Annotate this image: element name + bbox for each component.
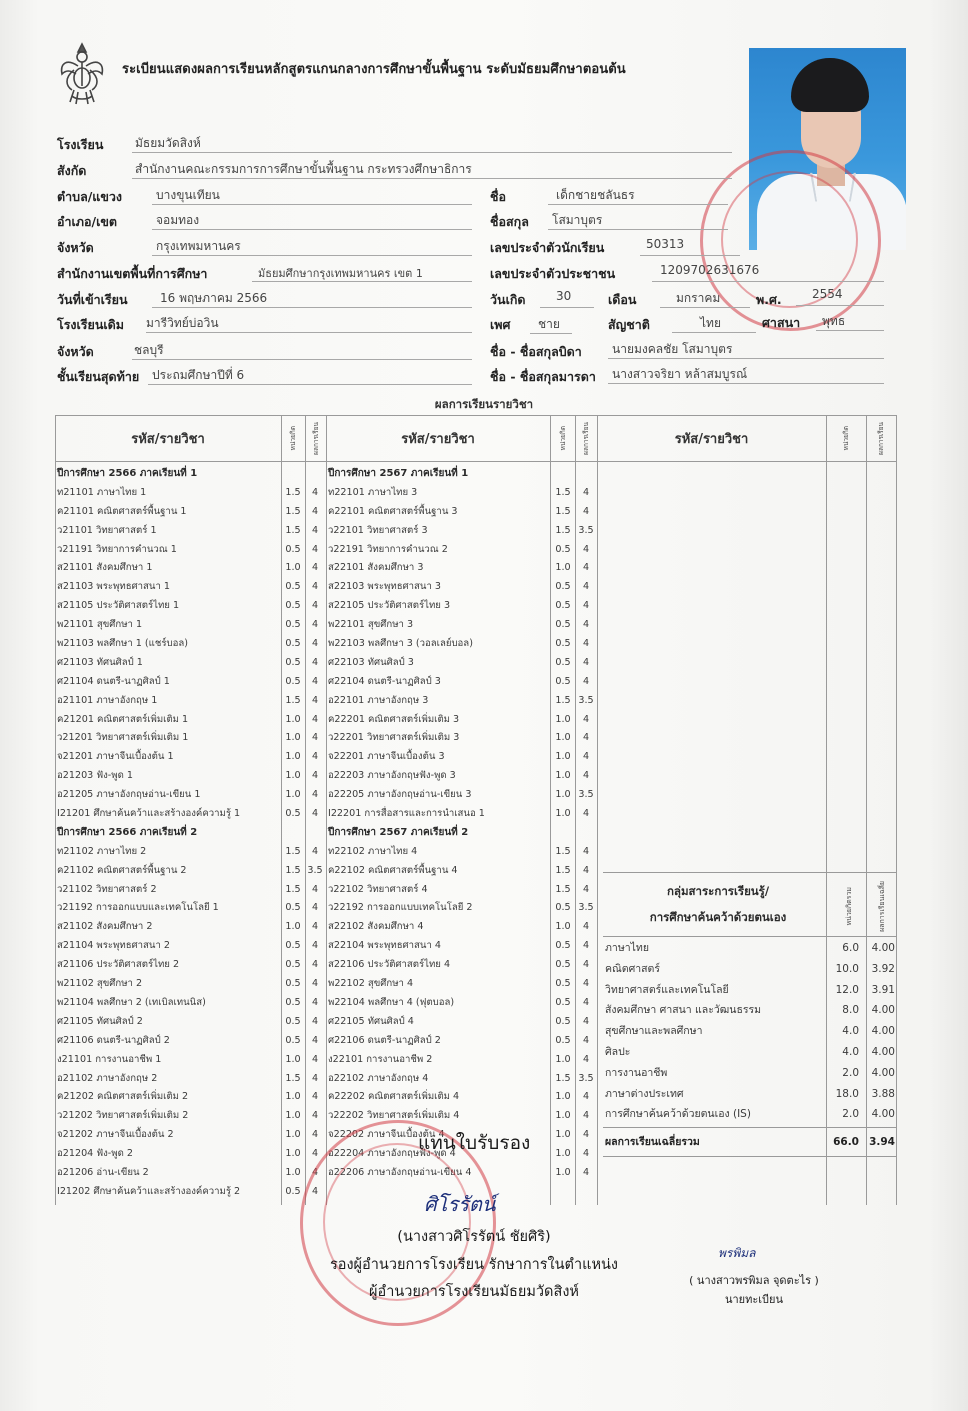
group-average: 3.92 (865, 959, 895, 980)
credit-value: 1.0 (280, 711, 306, 730)
subject-name: ว22102 วิทยาศาสตร์ 4 (328, 881, 428, 900)
credit-value: 0.5 (280, 541, 306, 560)
term-heading: ปีการศึกษา 2566 ภาคเรียนที่ 2 (55, 824, 326, 843)
grade-value: 4 (304, 1126, 326, 1145)
total-label: ผลการเรียนเฉลี่ยรวม (605, 1132, 700, 1153)
group-credit: 12.0 (829, 980, 859, 1001)
birth-year-value: 2554 (812, 287, 843, 301)
subdistrict-label: ตำบล/แขวง (57, 187, 122, 207)
grade-value: 4 (575, 862, 597, 881)
grade-value: 4 (304, 559, 326, 578)
subject-name: ว22191 วิทยาการคำนวณ 2 (328, 541, 448, 560)
summary-row: สังคมศึกษา ศาสนา และวัฒนธรรม8.04.00 (603, 1000, 896, 1021)
credit-value: 1.0 (280, 1126, 306, 1145)
citizen-id-value: 1209702631676 (660, 263, 759, 277)
summary-row: ภาษาต่างประเทศ18.03.88 (603, 1084, 896, 1105)
grade-value: 4 (304, 899, 326, 918)
subject-row: ง21101 การงานอาชีพ 11.04 (55, 1051, 326, 1070)
summary-row: สุขศึกษาและพลศึกษา4.04.00 (603, 1021, 896, 1042)
sex-value: ชาย (538, 315, 560, 334)
term-heading: ปีการศึกษา 2567 ภาคเรียนที่ 2 (326, 824, 597, 843)
name-value: เด็กชายชลันธร (556, 186, 635, 205)
group-average: 4.00 (865, 1042, 895, 1063)
grade-value: 4 (575, 881, 597, 900)
grade-value: 4 (575, 711, 597, 730)
credit-value: 0.5 (550, 1013, 576, 1032)
subject-name: พ22103 พลศึกษา 3 (วอลเลย์บอล) (328, 635, 473, 654)
subject-row: I21202 ศึกษาค้นคว้าและสร้างองค์ความรู้ 2… (55, 1183, 326, 1202)
term-label: ปีการศึกษา 2567 ภาคเรียนที่ 2 (328, 824, 468, 843)
credit-value: 1.5 (550, 1070, 576, 1089)
grade-value: 4 (575, 541, 597, 560)
subject-name: ค22202 คณิตศาสตร์เพิ่มเติม 4 (328, 1088, 459, 1107)
subject-name: ง22101 การงานอาชีพ 2 (328, 1051, 432, 1070)
subject-name: ท21101 ภาษาไทย 1 (57, 484, 146, 503)
prev-province-label: จังหวัด (57, 342, 94, 362)
grade-value: 4 (575, 1164, 597, 1183)
credit-value: 1.0 (280, 918, 306, 937)
subject-name: ว21191 วิทยาการคำนวณ 1 (57, 541, 177, 560)
surname-label: ชื่อสกุล (490, 212, 529, 232)
summary-row: การศึกษาค้นคว้าด้วยตนเอง (IS)2.04.00 (603, 1104, 896, 1125)
subject-name: ค21201 คณิตศาสตร์เพิ่มเติม 1 (57, 711, 188, 730)
credit-value: 1.0 (280, 748, 306, 767)
grade-value: 4 (304, 503, 326, 522)
column3-subject-header: รหัส/รายวิชา (597, 415, 826, 461)
subject-name: ท22101 ภาษาไทย 3 (328, 484, 417, 503)
subject-name: อ22203 ภาษาอังกฤษฟัง-พูด 3 (328, 767, 456, 786)
subject-row: ค22101 คณิตศาสตร์พื้นฐาน 31.54 (326, 503, 597, 522)
subject-row: ส22104 พระพุทธศาสนา 40.54 (326, 937, 597, 956)
prev-school-value: มารีวิทย์บ่อวิน (146, 314, 219, 333)
credit-value: 0.5 (550, 673, 576, 692)
subject-row: ว21192 การออกแบบและเทคโนโลยี 10.54 (55, 899, 326, 918)
subject-row: ศ21106 ดนตรี-นาฏศิลป์ 20.54 (55, 1032, 326, 1051)
subject-row: ท22101 ภาษาไทย 31.54 (326, 484, 597, 503)
subject-name: ค21101 คณิตศาสตร์พื้นฐาน 1 (57, 503, 187, 522)
grade-value: 4 (575, 635, 597, 654)
grade-value: 4 (575, 956, 597, 975)
credit-value: 0.5 (550, 899, 576, 918)
total-average: 3.94 (865, 1132, 895, 1153)
grade-value: 4 (304, 1013, 326, 1032)
subject-row: ค21101 คณิตศาสตร์พื้นฐาน 11.54 (55, 503, 326, 522)
subject-name: พ22104 พลศึกษา 4 (ฟุตบอล) (328, 994, 454, 1013)
group-credit: 8.0 (829, 1000, 859, 1021)
subject-name: ว21192 การออกแบบและเทคโนโลยี 1 (57, 899, 219, 918)
subject-row: ว22201 วิทยาศาสตร์เพิ่มเติม 31.04 (326, 729, 597, 748)
subject-row: ว21201 วิทยาศาสตร์เพิ่มเติม 11.04 (55, 729, 326, 748)
subject-name: ค22201 คณิตศาสตร์เพิ่มเติม 3 (328, 711, 459, 730)
nationality-value: ไทย (700, 314, 721, 333)
area-office-label: สำนักงานเขตพื้นที่การศึกษา (57, 264, 207, 284)
subject-name: I22201 การสื่อสารและการนำเสนอ 1 (328, 805, 485, 824)
credit-value: 1.0 (550, 559, 576, 578)
subject-name: ส21102 สังคมศึกษา 2 (57, 918, 152, 937)
grade-value: 4 (304, 729, 326, 748)
father-label: ชื่อ - ชื่อสกุลบิดา (490, 342, 582, 362)
grade-value: 3.5 (575, 899, 597, 918)
district-value: จอมทอง (156, 211, 199, 230)
grade-value: 4 (575, 1088, 597, 1107)
column3-credit-header: หน่วยกิต (841, 426, 851, 450)
grade-value: 4 (575, 937, 597, 956)
credit-value: 0.5 (280, 805, 306, 824)
total-credit: 66.0 (829, 1132, 859, 1153)
subject-name: ส22102 สังคมศึกษา 4 (328, 918, 423, 937)
subject-row: ส22106 ประวัติศาสตร์ไทย 40.54 (326, 956, 597, 975)
credit-value: 1.0 (550, 767, 576, 786)
birth-month-value: มกราคม (676, 289, 720, 308)
group-average: 4.00 (865, 1000, 895, 1021)
credit-value: 1.5 (550, 692, 576, 711)
group-average: 3.88 (865, 1084, 895, 1105)
credit-value: 0.5 (550, 635, 576, 654)
grade-value: 4 (575, 597, 597, 616)
subject-row: จ21202 ภาษาจีนเบื้องต้น 21.04 (55, 1126, 326, 1145)
credit-value: 1.0 (280, 786, 306, 805)
group-name: การงานอาชีพ (605, 1063, 667, 1084)
grade-value: 4 (304, 1070, 326, 1089)
subject-row: ส22103 พระพุทธศาสนา 30.54 (326, 578, 597, 597)
grade-value: 4 (575, 1126, 597, 1145)
results-column-2: ปีการศึกษา 2567 ภาคเรียนที่ 1ท22101 ภาษา… (326, 465, 597, 1183)
subject-name: ส21103 พระพุทธศาสนา 1 (57, 578, 170, 597)
column2-grade-header: ผลการเรียน (581, 422, 591, 455)
credit-value: 1.5 (280, 484, 306, 503)
credit-value: 0.5 (280, 994, 306, 1013)
summary-avg-header: ผลการเรียนเฉลี่ย (876, 881, 887, 932)
group-average: 4.00 (865, 938, 895, 959)
credit-value: 0.5 (550, 956, 576, 975)
grade-value: 4 (575, 578, 597, 597)
subject-name: ว21102 วิทยาศาสตร์ 2 (57, 881, 157, 900)
subject-name: ส21105 ประวัติศาสตร์ไทย 1 (57, 597, 179, 616)
province-value: กรุงเทพมหานคร (156, 237, 241, 256)
credit-value: 1.5 (280, 503, 306, 522)
term-heading: ปีการศึกษา 2567 ภาคเรียนที่ 1 (326, 465, 597, 484)
subject-row: ส21103 พระพุทธศาสนา 10.54 (55, 578, 326, 597)
enroll-date-value: 16 พฤษภาคม 2566 (160, 289, 267, 308)
grade-value: 4 (575, 805, 597, 824)
subject-name: จ22201 ภาษาจีนเบื้องต้น 3 (328, 748, 445, 767)
group-average: 4.00 (865, 1104, 895, 1125)
grade-value: 4 (575, 1107, 597, 1126)
school-value: มัธยมวัดสิงห์ (135, 134, 201, 153)
subject-name: ส22105 ประวัติศาสตร์ไทย 3 (328, 597, 450, 616)
subject-name: ศ22106 ดนตรี-นาฏศิลป์ 2 (328, 1032, 441, 1051)
summary-row: คณิตศาสตร์10.03.92 (603, 959, 896, 980)
subject-name: ศ21106 ดนตรี-นาฏศิลป์ 2 (57, 1032, 170, 1051)
subject-row: ท21101 ภาษาไทย 11.54 (55, 484, 326, 503)
subject-row: อ21203 ฟัง-พูด 11.04 (55, 767, 326, 786)
signature-1: ศิโรรัตน์ (424, 1188, 496, 1220)
surname-value: โสมาบุตร (552, 211, 602, 230)
group-credit: 2.0 (829, 1063, 859, 1084)
subject-row: พ21103 พลศึกษา 1 (แชร์บอล)0.54 (55, 635, 326, 654)
subject-row: I21201 ศึกษาค้นคว้าและสร้างองค์ความรู้ 1… (55, 805, 326, 824)
subject-row: ค22202 คณิตศาสตร์เพิ่มเติม 41.04 (326, 1088, 597, 1107)
group-credit: 18.0 (829, 1084, 859, 1105)
group-average: 4.00 (865, 1021, 895, 1042)
mother-value: นางสาวจริยา หล้าสมบูรณ์ (612, 365, 747, 384)
group-name: คณิตศาสตร์ (605, 959, 660, 980)
affiliation-value: สำนักงานคณะกรรมการการศึกษาขั้นพื้นฐาน กร… (135, 160, 472, 179)
grade-value: 3.5 (304, 862, 326, 881)
subject-row: พ21104 พลศึกษา 2 (เทเบิลเทนนิส)0.54 (55, 994, 326, 1013)
credit-value: 0.5 (550, 975, 576, 994)
grade-value: 4 (575, 729, 597, 748)
district-label: อำเภอ/เขต (57, 212, 117, 232)
subject-row: อ21101 ภาษาอังกฤษ 11.54 (55, 692, 326, 711)
subject-row: ว22202 วิทยาศาสตร์เพิ่มเติม 41.04 (326, 1107, 597, 1126)
grade-value: 4 (304, 805, 326, 824)
subject-row: ว22102 วิทยาศาสตร์ 41.54 (326, 881, 597, 900)
grade-value: 4 (304, 767, 326, 786)
subject-name: อ21204 ฟัง-พูด 2 (57, 1145, 133, 1164)
term-label: ปีการศึกษา 2567 ภาคเรียนที่ 1 (328, 465, 468, 484)
subject-name: อ22101 ภาษาอังกฤษ 3 (328, 692, 428, 711)
results-column-1: ปีการศึกษา 2566 ภาคเรียนที่ 1ท21101 ภาษา… (55, 465, 326, 1202)
grade-value: 4 (575, 994, 597, 1013)
subdistrict-value: บางขุนเทียน (156, 186, 220, 205)
column1-credit-header: หน่วยกิต (288, 426, 298, 450)
credit-value: 1.5 (280, 522, 306, 541)
subject-name: ศ22104 ดนตรี-นาฏศิลป์ 3 (328, 673, 441, 692)
subject-row: ว22191 วิทยาการคำนวณ 20.54 (326, 541, 597, 560)
nationality-label: สัญชาติ (608, 315, 650, 335)
subject-row: พ22104 พลศึกษา 4 (ฟุตบอล)0.54 (326, 994, 597, 1013)
subject-row: ค21201 คณิตศาสตร์เพิ่มเติม 11.04 (55, 711, 326, 730)
credit-value: 1.5 (550, 881, 576, 900)
credit-value: 0.5 (280, 635, 306, 654)
grade-value: 4 (304, 937, 326, 956)
subject-row: อ21205 ภาษาอังกฤษอ่าน-เขียน 11.04 (55, 786, 326, 805)
subject-name: ส21104 พระพุทธศาสนา 2 (57, 937, 170, 956)
grade-value: 4 (304, 1051, 326, 1070)
credit-value: 0.5 (280, 654, 306, 673)
signer-name: (นางสาวศิโรรัตน์ ชัยศิริ) (0, 1225, 948, 1248)
grade-value: 4 (304, 635, 326, 654)
credit-value: 1.0 (550, 805, 576, 824)
subject-name: อ22102 ภาษาอังกฤษ 4 (328, 1070, 428, 1089)
subject-name: ส21106 ประวัติศาสตร์ไทย 2 (57, 956, 179, 975)
credit-value: 0.5 (280, 975, 306, 994)
subject-row: ส21104 พระพุทธศาสนา 20.54 (55, 937, 326, 956)
subject-name: ท21102 ภาษาไทย 2 (57, 843, 146, 862)
subject-row: ส22105 ประวัติศาสตร์ไทย 30.54 (326, 597, 597, 616)
credit-value: 0.5 (280, 1032, 306, 1051)
subject-row: ว22192 การออกแบบเทคโนโลยี 20.53.5 (326, 899, 597, 918)
grade-value: 4 (304, 843, 326, 862)
subject-name: พ21104 พลศึกษา 2 (เทเบิลเทนนิส) (57, 994, 206, 1013)
subject-name: ว22101 วิทยาศาสตร์ 3 (328, 522, 428, 541)
subject-row: ท22102 ภาษาไทย 41.54 (326, 843, 597, 862)
subject-name: ค22101 คณิตศาสตร์พื้นฐาน 3 (328, 503, 458, 522)
credit-value: 1.5 (280, 881, 306, 900)
grade-value: 4 (575, 767, 597, 786)
subject-row: ส22101 สังคมศึกษา 31.04 (326, 559, 597, 578)
subject-name: อ22205 ภาษาอังกฤษอ่าน-เขียน 3 (328, 786, 471, 805)
results-section-title: ผลการเรียนรายวิชา (0, 396, 968, 414)
credit-value: 1.0 (280, 1107, 306, 1126)
credit-value: 1.0 (280, 1145, 306, 1164)
subject-row: ศ21104 ดนตรี-นาฏศิลป์ 10.54 (55, 673, 326, 692)
grade-value: 4 (575, 1032, 597, 1051)
grade-value: 4 (304, 994, 326, 1013)
grade-value: 4 (304, 541, 326, 560)
grade-value: 4 (304, 1107, 326, 1126)
subject-name: ว21101 วิทยาศาสตร์ 1 (57, 522, 157, 541)
credit-value: 1.5 (550, 843, 576, 862)
subject-name: อ21102 ภาษาอังกฤษ 2 (57, 1070, 157, 1089)
area-office-value: มัธยมศึกษากรุงเทพมหานคร เขต 1 (258, 264, 423, 282)
grade-value: 4 (575, 975, 597, 994)
grade-value: 4 (575, 1051, 597, 1070)
subject-row: พ22103 พลศึกษา 3 (วอลเลย์บอล)0.54 (326, 635, 597, 654)
credit-value: 1.0 (280, 1164, 306, 1183)
subject-name: พ21102 สุขศึกษา 2 (57, 975, 142, 994)
grade-value: 4 (575, 748, 597, 767)
subject-name: ศ21105 ทัศนศิลป์ 2 (57, 1013, 143, 1032)
grade-value: 3.5 (575, 786, 597, 805)
subject-name: พ22101 สุขศึกษา 3 (328, 616, 413, 635)
subject-row: ส22102 สังคมศึกษา 41.04 (326, 918, 597, 937)
group-name: สุขศึกษาและพลศึกษา (605, 1021, 702, 1042)
citizen-id-label: เลขประจำตัวประชาชน (490, 264, 615, 284)
subject-name: ส22104 พระพุทธศาสนา 4 (328, 937, 441, 956)
credit-value: 1.5 (550, 862, 576, 881)
column3-grade-header: ผลการเรียน (876, 422, 886, 455)
last-level-value: ประถมศึกษาปีที่ 6 (152, 366, 244, 385)
subject-row: ศ22106 ดนตรี-นาฏศิลป์ 20.54 (326, 1032, 597, 1051)
subject-row: ว21191 วิทยาการคำนวณ 10.54 (55, 541, 326, 560)
subject-name: ศ22103 ทัศนศิลป์ 3 (328, 654, 414, 673)
grade-value: 4 (575, 918, 597, 937)
credit-value: 0.5 (550, 994, 576, 1013)
subject-row: พ22102 สุขศึกษา 40.54 (326, 975, 597, 994)
credit-value: 1.5 (280, 692, 306, 711)
sex-label: เพศ (490, 315, 510, 335)
subject-name: ค21102 คณิตศาสตร์พื้นฐาน 2 (57, 862, 187, 881)
subject-name: ว21202 วิทยาศาสตร์เพิ่มเติม 2 (57, 1107, 188, 1126)
subject-row: ง22101 การงานอาชีพ 21.04 (326, 1051, 597, 1070)
subject-row: พ21102 สุขศึกษา 20.54 (55, 975, 326, 994)
credit-value: 1.0 (550, 711, 576, 730)
name-label: ชื่อ (490, 187, 506, 207)
subject-row: ศ21105 ทัศนศิลป์ 20.54 (55, 1013, 326, 1032)
credit-value: 0.5 (550, 937, 576, 956)
subject-name: ง21101 การงานอาชีพ 1 (57, 1051, 161, 1070)
subject-row: ส21106 ประวัติศาสตร์ไทย 20.54 (55, 956, 326, 975)
province-label: จังหวัด (57, 238, 94, 258)
grade-value: 4 (575, 1145, 597, 1164)
subject-row: พ22101 สุขศึกษา 30.54 (326, 616, 597, 635)
subject-row: อ21102 ภาษาอังกฤษ 21.54 (55, 1070, 326, 1089)
credit-value: 1.0 (280, 729, 306, 748)
subject-name: อ21203 ฟัง-พูด 1 (57, 767, 133, 786)
subject-row: ส21105 ประวัติศาสตร์ไทย 10.54 (55, 597, 326, 616)
grade-value: 4 (304, 1088, 326, 1107)
subject-name: ท22102 ภาษาไทย 4 (328, 843, 417, 862)
credit-value: 0.5 (550, 1032, 576, 1051)
prev-province-value: ชลบุรี (134, 341, 164, 360)
group-name: ภาษาต่างประเทศ (605, 1084, 684, 1105)
credit-value: 0.5 (550, 597, 576, 616)
credit-value: 0.5 (280, 956, 306, 975)
grade-value: 4 (304, 881, 326, 900)
grade-value: 4 (575, 484, 597, 503)
credit-value: 1.0 (550, 1164, 576, 1183)
student-id-value: 50313 (646, 237, 684, 251)
column1-subject-header: รหัส/รายวิชา (55, 415, 281, 461)
summary-credit-header: หน่วยกิตรวม (843, 887, 854, 926)
subject-name: อ21101 ภาษาอังกฤษ 1 (57, 692, 157, 711)
subject-row: อ22102 ภาษาอังกฤษ 41.53.5 (326, 1070, 597, 1089)
credit-value: 1.5 (550, 522, 576, 541)
grade-value: 4 (304, 654, 326, 673)
grade-value: 3.5 (575, 522, 597, 541)
grade-value: 4 (575, 503, 597, 522)
credit-value: 1.0 (280, 1051, 306, 1070)
credit-value: 0.5 (280, 673, 306, 692)
group-name: ภาษาไทย (605, 938, 649, 959)
subject-row: ส21102 สังคมศึกษา 21.04 (55, 918, 326, 937)
credit-value: 1.0 (280, 559, 306, 578)
grade-value: 4 (304, 673, 326, 692)
summary-row: ภาษาไทย6.04.00 (603, 938, 896, 959)
credit-value: 1.0 (550, 748, 576, 767)
credit-value: 1.5 (280, 843, 306, 862)
credit-value: 1.0 (550, 1145, 576, 1164)
summary-row: วิทยาศาสตร์และเทคโนโลยี12.03.91 (603, 980, 896, 1001)
subject-row: ศ21103 ทัศนศิลป์ 10.54 (55, 654, 326, 673)
grade-value: 3.5 (575, 692, 597, 711)
group-credit: 6.0 (829, 938, 859, 959)
prev-school-label: โรงเรียนเดิม (57, 315, 124, 335)
credit-value: 0.5 (280, 597, 306, 616)
grade-value: 4 (575, 654, 597, 673)
group-credit: 2.0 (829, 1104, 859, 1125)
subject-row: อ21206 อ่าน-เขียน 21.04 (55, 1164, 326, 1183)
group-name: ศิลปะ (605, 1042, 630, 1063)
subject-name: ส22103 พระพุทธศาสนา 3 (328, 578, 441, 597)
grade-value: 4 (304, 692, 326, 711)
credit-value: 0.5 (280, 937, 306, 956)
subject-name: ว22192 การออกแบบเทคโนโลยี 2 (328, 899, 473, 918)
subject-name: ค21202 คณิตศาสตร์เพิ่มเติม 2 (57, 1088, 188, 1107)
credit-value: 1.0 (280, 767, 306, 786)
last-level-label: ชั้นเรียนสุดท้าย (57, 367, 139, 387)
affiliation-label: สังกัด (57, 161, 86, 181)
credit-value: 1.0 (550, 729, 576, 748)
credit-value: 1.5 (550, 484, 576, 503)
subject-name: อ21205 ภาษาอังกฤษอ่าน-เขียน 1 (57, 786, 200, 805)
grade-value: 4 (304, 711, 326, 730)
group-credit: 4.0 (829, 1042, 859, 1063)
summary-total-row: ผลการเรียนเฉลี่ยรวม66.03.94 (603, 1132, 896, 1153)
subject-row: ค22102 คณิตศาสตร์พื้นฐาน 41.54 (326, 862, 597, 881)
column2-credit-header: หน่วยกิต (558, 426, 568, 450)
grade-value: 4 (575, 559, 597, 578)
credit-value: 0.5 (550, 654, 576, 673)
subject-row: I22201 การสื่อสารและการนำเสนอ 11.04 (326, 805, 597, 824)
credit-value: 1.0 (550, 1107, 576, 1126)
subject-name: ศ22105 ทัศนศิลป์ 4 (328, 1013, 414, 1032)
subject-name: ศ21104 ดนตรี-นาฏศิลป์ 1 (57, 673, 170, 692)
credit-value: 0.5 (280, 1013, 306, 1032)
subject-row: ว21202 วิทยาศาสตร์เพิ่มเติม 21.04 (55, 1107, 326, 1126)
